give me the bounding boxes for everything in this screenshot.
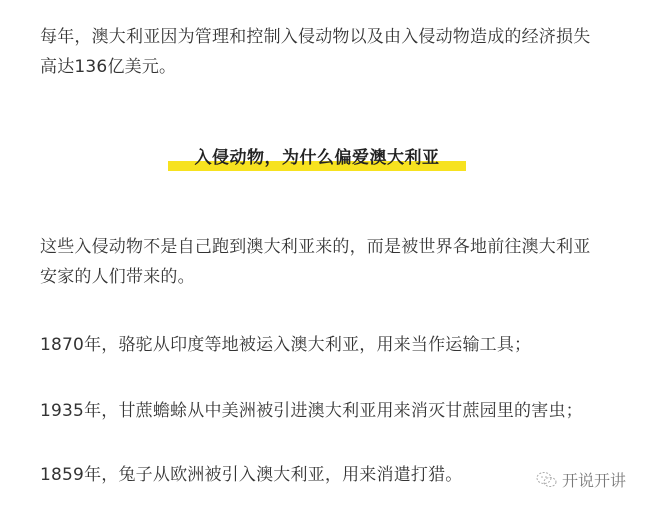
paragraph-economic-loss: 每年，澳大利亚因为管理和控制入侵动物以及由入侵动物造成的经济损失 高达136亿美… [40,22,590,82]
text-line: 1870年，骆驼从印度等地被运入澳大利亚，用来当作运输工具； [40,335,531,355]
text-line: 高达136亿美元。 [40,57,176,77]
paragraph-camels: 1870年，骆驼从印度等地被运入澳大利亚，用来当作运输工具； [40,330,531,360]
text-line: 这些入侵动物不是自己跑到澳大利亚来的，而是被世界各地前往澳大利亚 [40,237,590,257]
paragraph-rabbits: 1859年，兔子从欧洲被引入澳大利亚，用来消遣打猎。 [40,460,462,490]
text-line: 每年，澳大利亚因为管理和控制入侵动物以及由入侵动物造成的经济损失 [40,27,590,47]
paragraph-origin: 这些入侵动物不是自己跑到澳大利亚来的，而是被世界各地前往澳大利亚 安家的人们带来… [40,232,590,292]
watermark: 开说开讲 [536,468,626,491]
watermark-text: 开说开讲 [562,468,626,491]
section-heading: 入侵动物，为什么偏爱澳大利亚 [168,145,466,173]
text-line: 1935年，甘蔗蟾蜍从中美洲被引进澳大利亚用来消灭甘蔗园里的害虫； [40,401,583,421]
wechat-icon [536,471,558,489]
text-line: 1859年，兔子从欧洲被引入澳大利亚，用来消遣打猎。 [40,465,462,485]
paragraph-cane-toads: 1935年，甘蔗蟾蜍从中美洲被引进澳大利亚用来消灭甘蔗园里的害虫； [40,396,583,426]
section-heading-text: 入侵动物，为什么偏爱澳大利亚 [168,145,466,171]
text-line: 安家的人们带来的。 [40,267,195,287]
